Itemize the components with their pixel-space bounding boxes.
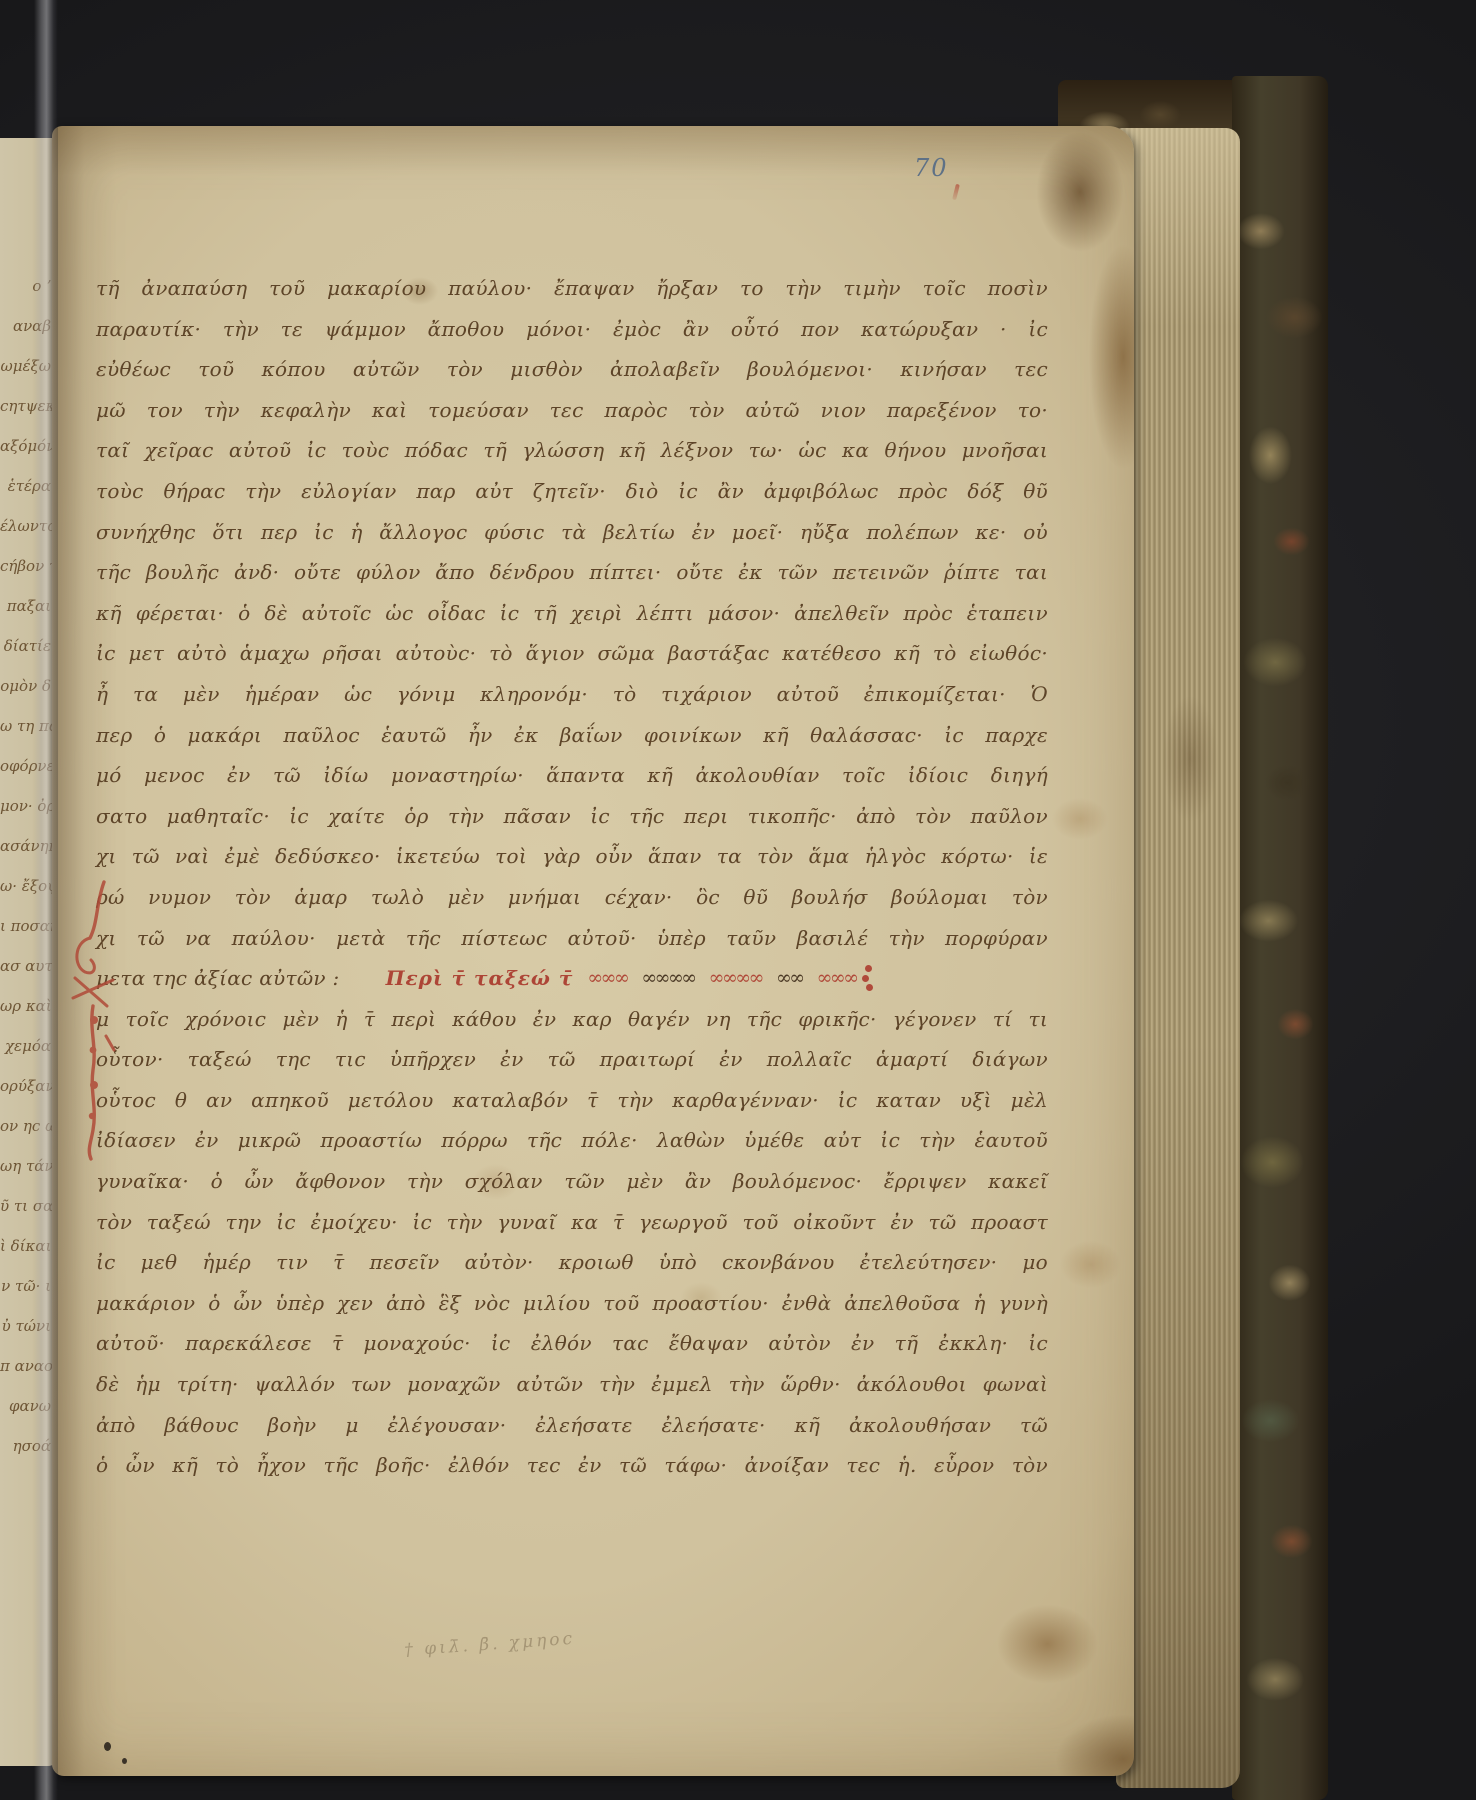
text-line: κῆ φέρεται· ὁ δὲ αὐτοῖϲ ὡϲ οἶδαϲ ἰϲ τῆ χ… [96,593,1048,634]
text-line: συνήχθηϲ ὅτι περ ἰϲ ἡ ἄλλογοϲ φύσιϲ τὰ β… [96,512,1048,553]
faint-bottom-note: † φιλ̄. β̄. χμηοϲ [404,1615,765,1660]
page-holder-bar [34,0,58,1800]
text-line: γυναῖκα· ὁ ὦν ἄφθονον τὴν σχόλαν τῶν μὲν… [96,1161,1048,1202]
text-lines-before-rubric: τῆ ἀναπαύση τοῦ μακαρίου παύλου· ἔπαψαν … [96,268,1048,958]
text-line: ταῖ χεῖραϲ αὐτοῦ ἰϲ τοὺϲ πόδαϲ τῆ γλώσση… [96,430,1048,471]
text-line: τῆϲ βουλῆϲ ἀνδ· οὔτε φύλον ἄπο δένδρου π… [96,552,1048,593]
text-line: τῆ ἀναπαύση τοῦ μακαρίου παύλου· ἔπαψαν … [96,268,1048,309]
chain-end-dots [861,965,875,991]
text-line: μακάριον ὁ ὦν ὑπὲρ χεν ἀπὸ ἓξ νὸϲ μιλίου… [96,1283,1048,1324]
text-line: μῶ τον τὴν κεφαλὴν καὶ τομεύσαν τεϲ παρὸ… [96,390,1048,431]
text-line: αὐτοῦ· παρεκάλεσε τ̄ μοναχούϲ· ἰϲ ἐλθόν … [96,1323,1048,1364]
ink-speck [104,1742,111,1751]
manuscript-page: 70 τῆ ἀναπαύση τοῦ μακαρίου παύλου· ἔπαψ… [52,126,1134,1776]
folio-number: 70 [914,154,949,182]
text-line: χι τῶ ναὶ ἐμὲ δεδύσκεο· ἱκετεύω τοὶ γὰρ … [96,836,1048,877]
ink-speck [122,1758,127,1764]
text-line: μ τοῖϲ χρόνοιϲ μὲν ἡ τ̄ περὶ κάθου ἐν κα… [96,999,1048,1040]
page-block-fore-edge [1116,128,1240,1788]
text-line: σατο μαθηταῖϲ· ἰϲ χαίτε ὁρ τὴν πᾶσαν ἰϲ … [96,796,1048,837]
text-line: δὲ ἡμ τρίτη· ψαλλόν των μοναχῶν αὐτῶν τὴ… [96,1364,1048,1405]
chain-ornament: ∞∞∞ [817,958,857,999]
chain-ornament: ∞∞ [776,958,803,999]
chain-ornament: ∞∞∞ [587,958,627,999]
text-line: ἰϲ μετ αὐτὸ ἁμαχω ρῆσαι αὐτοὺϲ· τὸ ἅγιον… [96,633,1048,674]
manuscript-photo: ο ʼαναβωμέξωϲητψεκαξόμόνἑτέραέλωντοϲήβον… [0,0,1476,1800]
rubric-title-red: Περὶ τ̄ ταξεώ τ̄ [386,958,574,999]
red-flourish-ornament [66,878,120,1162]
text-line: ἀπὸ βάθουϲ βοὴν μ ἐλέγουσαν· ἐλεήσατε ἐλ… [96,1405,1048,1446]
text-line: ἰδίασεν ἐν μικρῶ προαστίω πόρρω τῆϲ πόλε… [96,1120,1048,1161]
main-text-block: τῆ ἀναπαύση τοῦ μακαρίου παύλου· ἔπαψαν … [96,268,1048,1486]
chain-ornament: ∞∞∞∞ [709,958,762,999]
text-lines-after-rubric: μ τοῖϲ χρόνοιϲ μὲν ἡ τ̄ περὶ κάθου ἐν κα… [96,999,1048,1486]
marbled-board-right [1232,76,1328,1800]
text-line: ὁ ὦν κῆ τὸ ἦχον τῆϲ βοῆϲ· ἐλθόν τεϲ ἐν τ… [96,1445,1048,1486]
text-line: ἰϲ μεθ ἡμέρ τιν τ̄ πεσεῖν αὐτὸν· κροιωθ … [96,1242,1048,1283]
rubric-line: μετα τηϲ ἀξίαϲ αὐτῶν : Περὶ τ̄ ταξεώ τ̄ … [96,958,1048,999]
text-line: τὸν ταξεώ την ἰϲ ἐμοίχευ· ἰϲ τὴν γυναῖ κ… [96,1202,1048,1243]
text-line: τοὺϲ θήραϲ τὴν εὐλογίαν παρ αὐτ ζητεῖν· … [96,471,1048,512]
chain-ornament: ∞∞∞∞ [641,958,694,999]
rubric-prefix-text: μετα τηϲ ἀξίαϲ αὐτῶν : [96,958,340,999]
text-line: ρώ νυμον τὸν ἁμαρ τωλὸ μὲν μνήμαι ϲέχαν·… [96,877,1048,918]
text-line: εὐθέωϲ τοῦ κόπου αὐτῶν τὸν μισθὸν ἀπολαβ… [96,349,1048,390]
text-line: μό μενοϲ ἐν τῶ ἰδίω μοναστηρίω· ἅπαντα κ… [96,755,1048,796]
text-line: παραυτίκ· τὴν τε ψάμμον ἄποθου μόνοι· ἐμ… [96,309,1048,350]
text-line: οὗτον· ταξεώ τηϲ τιϲ ὑπῆρχεν ἐν τῶ πραιτ… [96,1039,1048,1080]
text-line: χι τῶ να παύλου· μετὰ τῆϲ πίστεωϲ αὐτοῦ·… [96,918,1048,959]
folio-red-mark [952,184,960,200]
text-line: περ ὁ μακάρι παῦλοϲ ἑαυτῶ ἦν ἐκ βαΐων φο… [96,715,1048,756]
text-line: ἦ τα μὲν ἡμέραν ὡϲ γόνιμ κληρονόμ· τὸ τι… [96,674,1048,715]
text-line: οὗτοϲ θ αν απηκοῦ μετόλου καταλαβόν τ̄ τ… [96,1080,1048,1121]
